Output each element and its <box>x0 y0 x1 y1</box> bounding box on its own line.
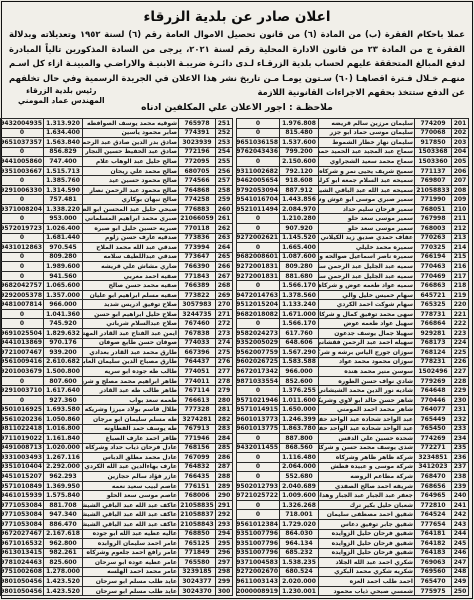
cell-amount: 982.261 <box>44 548 83 558</box>
cell-name: شفيق فرحان خليل الزوايده <box>319 539 415 549</box>
cell-serial: 216 <box>452 262 469 272</box>
cell-name: صالح محمود حسين عيد <box>83 176 179 186</box>
cell-nid: 9611003143 <box>237 577 280 587</box>
cell-reg: 768156 <box>179 443 216 453</box>
cell-reg: 767998 <box>415 214 452 224</box>
table-row: 289776151عاصم لبيب سعيد نعمه1.369.950957… <box>1 481 233 491</box>
cell-amount: 757.481 <box>44 195 83 205</box>
cell-amount: 1.161.840 <box>44 434 83 444</box>
cell-reg: 772196 <box>179 147 216 157</box>
table-row: 218766863سميه عواد طعمه عوض و شركاها1.56… <box>237 281 469 291</box>
cell-name: عامر رافع احمد جلغوم وشركاه <box>83 548 179 558</box>
cell-amount: 856.829 <box>44 147 83 157</box>
cell-serial: 266 <box>216 262 233 272</box>
cell-nid: 9672017342 <box>237 367 280 377</box>
cell-serial: 282 <box>216 414 233 424</box>
cell-amount: 881.708 <box>44 500 83 510</box>
table-row: 243777654شفيق جابر توفيق دعاس1.729.02095… <box>237 519 469 529</box>
cell-nid: 9561012384 <box>237 519 280 529</box>
cell-name: صالح محمد علي ريحان <box>83 166 179 176</box>
cell-nid: 9292005378 <box>1 290 44 300</box>
cell-serial: 219 <box>452 290 469 300</box>
cell-serial: 221 <box>452 309 469 319</box>
cell-amount: 1.863.780 <box>280 424 319 434</box>
table-row: 265773647صدقي عبداللطيف سلامه809.2800 <box>1 252 233 262</box>
table-row: 250775975شمسي صبحي ذياب محمود1.230.00120… <box>237 586 469 596</box>
cell-name: شركة مطاعم الروضه <box>319 472 415 482</box>
cell-name: صدقيه عارف حسن زلوم <box>83 233 179 243</box>
cell-nid: 9201003679 <box>1 367 44 377</box>
cell-reg: 765125 <box>179 539 216 549</box>
signature-title: رئيس بلدية الزرقاء <box>18 86 105 96</box>
table-row: 229764648شاديه نور الدين محمد الشيشاني و… <box>237 386 469 396</box>
taxpayer-tables: 201774209سليمان مرزين سالم قريضه1.976.80… <box>5 118 469 595</box>
cell-serial: 220 <box>452 300 469 310</box>
cell-serial: 278 <box>216 376 233 386</box>
cell-nid: 9272002621 <box>237 233 280 243</box>
cell-name: سميحه عبد الله عبد الباقي الشيشاني <box>319 185 415 195</box>
cell-name: عاكف عبد الله عبد الباقي الشيشاني <box>83 510 179 520</box>
cell-amount: 807.600 <box>44 376 83 386</box>
cell-nid: 9613013415 <box>1 548 44 558</box>
cell-serial: 245 <box>452 539 469 549</box>
cell-amount: 552.680 <box>280 472 319 482</box>
cell-serial: 224 <box>452 338 469 348</box>
cell-name: شكري احمد عبد الله الجلاد <box>319 558 415 568</box>
cell-nid: 9651036158 <box>237 138 280 148</box>
cell-amount: 1.065.600 <box>44 281 83 291</box>
table-row: 266766390ضاري مشاش علي قريشه1.989.6000 <box>1 262 233 272</box>
table-row: 246764183شفيق فرحان خليل الزوايده685.232… <box>237 548 469 558</box>
cell-serial: 257 <box>216 176 233 186</box>
cell-reg: 680705 <box>179 166 216 176</box>
cell-nid: 9561020236 <box>1 414 44 424</box>
cell-serial: 218 <box>452 281 469 291</box>
cell-reg: 21058833 <box>415 185 452 195</box>
cell-serial: 244 <box>452 529 469 539</box>
cell-nid: 9272002670 <box>237 567 280 577</box>
table-row: 2983239185عامر محمد احمد الهلسه1.278.000… <box>1 567 233 577</box>
table-row: 2703057983صلاح توفيق ادريس شديد966.00094… <box>1 300 233 310</box>
cell-amount: 747.400 <box>44 157 83 167</box>
table-row: 29221058837عاكف عبد الله عبد الباقي الشي… <box>1 510 233 520</box>
table-row: 233765450عبد الواحد شحاده عبد الواحد حفن… <box>237 424 469 434</box>
cell-amount: 1.313.920 <box>44 119 83 129</box>
cell-nid: 0 <box>237 510 280 520</box>
cell-name: سهى محمد توفيق كمال و شركاها <box>319 309 415 319</box>
cell-reg: 764181 <box>415 529 452 539</box>
cell-amount: 2.167.618 <box>44 529 83 539</box>
cell-serial: 252 <box>216 128 233 138</box>
cell-serial: 290 <box>216 491 233 501</box>
cell-nid: 9771053084 <box>1 519 44 529</box>
table-row: 277774051طالب طه جوده ابو سريه1.500.8009… <box>1 367 233 377</box>
cell-reg: 774051 <box>179 367 216 377</box>
table-row: 264773994صدقي عبد الله محمد الملاح970.54… <box>1 243 233 253</box>
cell-name: صفيه محمد حسن صالح <box>83 281 179 291</box>
cell-serial: 241 <box>452 500 469 510</box>
cell-amount: 1.681.440 <box>44 233 83 243</box>
cell-reg: 776151 <box>179 481 216 491</box>
cell-amount: 1.575.840 <box>44 491 83 501</box>
cell-amount: 792.120 <box>280 166 319 176</box>
cell-name: شحده حسين علي الدقس <box>319 434 415 444</box>
cell-amount: 852.600 <box>280 376 319 386</box>
cell-amount: 1.009.600 <box>280 491 319 501</box>
cell-nid: 9541016704 <box>237 195 280 205</box>
cell-serial: 242 <box>452 510 469 520</box>
cell-name: سميح شريف يحيى نمر و شركاه <box>319 166 415 176</box>
cell-reg: 774391 <box>179 128 216 138</box>
cell-amount: 947.340 <box>44 510 83 520</box>
cell-name: سهيل عواد طعمه عوض <box>319 319 415 329</box>
cell-name: طاهر ابراهيم محمد مصلح و شريكه <box>83 376 179 386</box>
cell-reg: 774566 <box>179 176 216 186</box>
table-row: 201774209سليمان مرزين سالم قريضه1.976.80… <box>237 119 469 129</box>
cell-amount: 718.001 <box>280 510 319 520</box>
cell-reg: 3239185 <box>179 567 216 577</box>
cell-reg: 764077 <box>415 405 452 415</box>
table-row: 2051503360سماح محمد سعيد الشجراوي2.150.6… <box>237 157 469 167</box>
cell-nid: 0 <box>1 395 44 405</box>
cell-serial: 258 <box>216 185 233 195</box>
cell-nid: 0 <box>237 119 280 129</box>
table-row: 257774566صالح محمود حسين عيد1.385.7600 <box>1 176 233 186</box>
cell-reg: 769560 <box>415 567 452 577</box>
cell-nid: 9272001831 <box>237 271 280 281</box>
cell-name: شعبان خليل بكير ترك <box>319 500 415 510</box>
cell-reg: 768051 <box>415 204 452 214</box>
cell-serial: 264 <box>216 243 233 253</box>
cell-name: سميره ناصر اسماعيل صوالحه و شركاها <box>319 252 415 262</box>
cell-nid: 0 <box>1 195 44 205</box>
cell-name: شاهر حسن خالد ابو لاوي وشريكته <box>319 395 415 405</box>
table-row: 2823274281طه مسلم سليمان ابو مرجان1.050.… <box>1 414 233 424</box>
cell-nid: 0 <box>1 147 44 157</box>
cell-nid: 9871033554 <box>237 376 280 386</box>
cell-reg: 774033 <box>179 338 216 348</box>
table-row: 209771990سمير صبري موسى ابو غوش وشريكه1.… <box>237 195 469 205</box>
cell-name: عاكف عبد الله عبد الباقي الشيشاني <box>83 519 179 529</box>
cell-serial: 246 <box>452 548 469 558</box>
cell-amount: 868.560 <box>280 443 319 453</box>
table-row: 206771137سميح شريف يحيى نمر و شركاه792.1… <box>237 166 469 176</box>
cell-name: عامر احمد سليمان الروابده <box>83 539 179 549</box>
table-row: 283767913طه يوسف حمد القطاونه1.016.80098… <box>1 424 233 434</box>
cell-nid: 9601013773 <box>237 414 280 424</box>
table-row: 247769063شكري احمد عبد الله الجلاد1.538.… <box>237 558 469 568</box>
cell-name: شوقيه محمد يوسف الصوافطه <box>83 119 179 129</box>
cell-serial: 262 <box>216 224 233 234</box>
table-row: 279767114طاهر طالب طه عبد القادر1.617.64… <box>1 386 233 396</box>
cell-serial: 263 <box>216 233 233 243</box>
cell-name: صفيه مسلم ابراهيم ابو عليان <box>83 290 179 300</box>
cell-nid: 9371008204 <box>1 204 44 214</box>
cell-nid: 0 <box>237 319 280 329</box>
cell-reg: 765449 <box>415 414 452 424</box>
table-row: 211767998سمير موسى سعد حلو1.210.2800 <box>237 214 469 224</box>
cell-reg: 765470 <box>415 577 452 587</box>
cell-amount: 1.314.590 <box>44 185 83 195</box>
table-row: 213770263عفاف حمدي صديق زيد الكيلاني وشر… <box>237 233 469 243</box>
cell-serial: 234 <box>452 434 469 444</box>
cell-name: سليمان نهار خطار الشموط <box>319 138 415 148</box>
cell-serial: 261 <box>216 214 233 224</box>
cell-amount: 745.920 <box>44 319 83 329</box>
cell-reg: 765325 <box>415 300 452 310</box>
cell-amount: 962.800 <box>44 539 83 549</box>
cell-name: عايد طلب مسلم ابو سرحان <box>83 586 179 596</box>
cell-serial: 269 <box>216 290 233 300</box>
cell-serial: 212 <box>452 224 469 234</box>
cell-nid: 9762043436 <box>237 147 280 157</box>
cell-nid: 9801050456 <box>1 577 44 587</box>
cell-amount: 918.608 <box>280 176 319 186</box>
cell-reg: 21058843 <box>179 519 216 529</box>
cell-reg: 773836 <box>179 233 216 243</box>
cell-name: صابر محمود ياسين <box>83 128 179 138</box>
cell-serial: 214 <box>452 243 469 253</box>
cell-nid: 9441005860 <box>1 157 44 167</box>
cell-name: شفيق فرحان خليل الزوايده <box>319 529 415 539</box>
cell-nid: 0 <box>1 376 44 386</box>
cell-reg: 779269 <box>415 376 452 386</box>
cell-amount: 1.443.856 <box>280 195 319 205</box>
cell-reg: 769063 <box>415 558 452 568</box>
cell-serial: 259 <box>216 195 233 205</box>
cell-name: صالح نبهان بوكاري <box>83 195 179 205</box>
cell-serial: 215 <box>452 252 469 262</box>
cell-name: سميره محمد خليلي <box>319 243 415 253</box>
cell-amount: 941.560 <box>44 271 83 281</box>
cell-serial: 254 <box>216 147 233 157</box>
cell-nid: 9502012793 <box>237 481 280 491</box>
cell-serial: 239 <box>452 481 469 491</box>
cell-reg: 1502496 <box>415 367 452 377</box>
table-row: 215766194سميره ناصر اسماعيل صوالحه و شرك… <box>237 252 469 262</box>
cell-amount: 1.145.520 <box>280 233 319 243</box>
cell-reg: 771137 <box>415 166 452 176</box>
cell-amount: 2.292.000 <box>44 462 83 472</box>
cell-amount: 1.016.800 <box>44 424 83 434</box>
table-row: 225768124سوزان جورج الياس برشه و شركاها1… <box>237 348 469 358</box>
taxpayer-table-left: 251765978شوقيه محمد يوسف الصوافطه1.313.9… <box>0 118 233 596</box>
table-row: 295765125عامر احمد سليمان الروابده962.80… <box>1 539 233 549</box>
cell-reg: 766194 <box>415 252 452 262</box>
cell-reg: 768124 <box>415 348 452 358</box>
cell-reg: 767913 <box>179 424 216 434</box>
cell-serial: 267 <box>216 271 233 281</box>
cell-nid: 9331003493 <box>1 453 44 463</box>
cell-name: عاليه عطيه عبد الله ابو جوده <box>83 529 179 539</box>
cell-serial: 210 <box>452 204 469 214</box>
cell-amount: 1.671.000 <box>280 309 319 319</box>
cell-name: شركة ظاهر ظاهر وشركاه <box>319 453 415 463</box>
cell-reg: 769807 <box>415 176 452 186</box>
cell-nid: 0 <box>237 281 280 291</box>
table-row: 29321058843عاكف عبد الله عبد الباقي الشي… <box>1 519 233 529</box>
cell-amount: 939.200 <box>44 348 83 358</box>
cell-name: طعمه سعد بواب <box>83 395 179 405</box>
cell-nid: 0 <box>1 309 44 319</box>
cell-name: عادل فرحان ذياب حداد وشركاه <box>83 443 179 453</box>
cell-serial: 222 <box>452 319 469 329</box>
cell-amount: 1.230.001 <box>280 586 319 596</box>
cell-nid: 9582024273 <box>237 329 280 339</box>
cell-reg: 929281 <box>415 329 452 339</box>
cell-amount: 1.989.600 <box>44 262 83 272</box>
cell-reg: 766613 <box>179 395 216 405</box>
cell-amount: 927.360 <box>44 395 83 405</box>
cell-name: شفيق احمد مصطفى سليمان <box>319 510 415 520</box>
cell-name: ايمن عبد الفتاح عبد القادر المهتدين <box>83 329 179 339</box>
cell-reg: 667396 <box>179 348 216 358</box>
cell-reg: 1503360 <box>415 157 452 167</box>
cell-serial: 250 <box>452 586 469 596</box>
cell-reg: 768173 <box>415 338 452 348</box>
cell-reg: 774269 <box>415 434 452 444</box>
cell-serial: 225 <box>452 348 469 358</box>
cell-serial: 205 <box>452 157 469 167</box>
table-row: 244764181شفيق فرحان خليل الزوايده864.030… <box>237 529 469 539</box>
cell-serial: 279 <box>216 386 233 396</box>
cell-serial: 285 <box>216 443 233 453</box>
cell-serial: 240 <box>452 491 469 501</box>
cell-name: طاهر طالب طه عبد القادر <box>83 386 179 396</box>
cell-serial: 227 <box>452 367 469 377</box>
table-row: 273767838ايمن عبد الفتاح عبد القادر المه… <box>1 329 233 339</box>
cell-amount: 953.000 <box>44 214 83 224</box>
cell-name: سليمان مرزين سالم قريضه <box>319 119 415 129</box>
cell-reg: 774011 <box>179 376 216 386</box>
cell-reg: 774209 <box>415 119 452 129</box>
cell-reg: 770325 <box>415 243 452 253</box>
table-row: 245764182شفيق فرحان خليل الزوايده964.134… <box>237 539 469 549</box>
cell-amount: 1.357.000 <box>44 290 83 300</box>
cell-amount: 1.634.400 <box>44 128 83 138</box>
table-row: 263773836صدقيه عارف حسن زلوم1.681.4400 <box>1 233 233 243</box>
cell-serial: 223 <box>452 329 469 339</box>
cell-nid: 0 <box>1 233 44 243</box>
cell-amount: 680.524 <box>280 567 319 577</box>
cell-name: سميه عواد طعمه عوض و شركاها <box>319 281 415 291</box>
table-row: 285768156عادل فرحان ذياب حداد وشركاه1.02… <box>1 443 233 453</box>
cell-name: شكريه شكري محمد البكري <box>319 567 415 577</box>
cell-amount: 1.133.240 <box>280 300 319 310</box>
cell-nid: 0 <box>1 252 44 262</box>
cell-amount: 2.084.970 <box>280 204 319 214</box>
table-row: 2533023939صادق بدر الدين صادق عبد الرحمن… <box>1 138 233 148</box>
cell-reg: 771843 <box>179 271 216 281</box>
cell-serial: 295 <box>216 539 233 549</box>
table-row: 2271502496سوسن منير محمد هنده966.0009672… <box>237 367 469 377</box>
cell-serial: 289 <box>216 481 233 491</box>
table-row: 2363234851شركة ظاهر ظاهر وشركاه1.116.480… <box>237 453 469 463</box>
cell-serial: 229 <box>452 386 469 396</box>
table-row: 207769807سميحه عبد السلام جمعه ابو كرلي9… <box>237 176 469 186</box>
cell-nid: 0 <box>1 319 44 329</box>
cell-amount: 1.246.399 <box>280 414 319 424</box>
cell-name: سمير فرحان سليم حداد <box>319 204 415 214</box>
cell-name: صلاح خليل ابراهيم ابو حسن <box>83 309 179 319</box>
cell-serial: 268 <box>216 281 233 291</box>
cell-name: شفيق جابر توفيق دعاس <box>319 519 415 529</box>
cell-serial: 251 <box>216 119 233 129</box>
cell-name: عازر فؤاد سالم حجازين <box>83 472 179 482</box>
cell-amount: 1.369.950 <box>44 481 83 491</box>
cell-nid: 9432004935 <box>1 119 44 129</box>
cell-serial: 265 <box>216 252 233 262</box>
cell-reg: 772095 <box>179 157 216 167</box>
table-row: 228779269شادي نواف حسن الطوره852.6009871… <box>237 376 469 386</box>
cell-serial: 226 <box>452 357 469 367</box>
cell-nid: 9682008601 <box>237 252 280 262</box>
table-row: 249765470احمد طلب احمد العزه2.020.000961… <box>237 577 469 587</box>
cell-name: شركة موسى و عبيده فطش <box>319 462 415 472</box>
cell-nid: 0 <box>1 128 44 138</box>
table-row: 294768850عاليه عطيه عبد الله ابو جوده2.1… <box>1 529 233 539</box>
cell-amount: 964.134 <box>280 539 319 549</box>
cell-nid: 9771053084 <box>1 500 44 510</box>
cell-serial: 292 <box>216 510 233 520</box>
cell-nid: 9441013869 <box>1 338 44 348</box>
cell-serial: 294 <box>216 529 233 539</box>
cell-serial: 287 <box>216 462 233 472</box>
cell-reg: 3412023 <box>415 462 452 472</box>
cell-name: سميحه عبد السلام جمعه ابو كرلي <box>319 176 415 186</box>
table-row: 274774033صوفان حسن طايع صوفان970.1769441… <box>1 338 233 348</box>
table-row: 286767099عادل محمد مطلق الدباس1.267.1169… <box>1 453 233 463</box>
cell-nid: 9351007796 <box>237 539 280 549</box>
cell-serial: 206 <box>452 166 469 176</box>
cell-nid: 0 <box>237 224 280 234</box>
cell-nid: 9371004583 <box>237 558 280 568</box>
cell-nid: 9651037357 <box>1 138 44 148</box>
table-row: 230770446شاهر حسن خالد ابو لاوي وشريكته1… <box>237 395 469 405</box>
cell-serial: 273 <box>216 329 233 339</box>
table-row: 256680705صالح محمد علي ريحان1.515.713935… <box>1 166 233 176</box>
cell-amount: 1.617.640 <box>44 386 83 396</box>
cell-reg: 773822 <box>179 290 216 300</box>
cell-nid: 9571010849 <box>1 481 44 491</box>
table-row: 214770325سميره محمد خليلي1.665.4000 <box>237 243 469 253</box>
cell-reg: 3234851 <box>415 453 452 463</box>
table-row: 219645721سهام خميس خليل والي1.378.560947… <box>237 290 469 300</box>
cell-serial: 213 <box>452 233 469 243</box>
table-row: 290768006عاصم موسى سعد الحلو1.575.840946… <box>1 491 233 501</box>
cell-nid: 0 <box>237 453 280 463</box>
cell-reg: 765580 <box>179 558 216 568</box>
cell-nid: 9431012863 <box>1 243 44 253</box>
cell-reg: 773994 <box>179 243 216 253</box>
cell-nid: 9272001831 <box>237 262 280 272</box>
cell-amount: 1.566.170 <box>280 281 319 291</box>
table-row: 269773822صفيه مسلم ابراهيم ابو عليان1.35… <box>1 290 233 300</box>
table-row: 252774391صابر محمود ياسين1.634.4000 <box>1 128 233 138</box>
cell-reg: 776883 <box>179 204 216 214</box>
table-row: 248769560شكريه شكري محمد البكري680.52492… <box>237 567 469 577</box>
cell-name: عاصم لبيب سعيد نعمه <box>83 481 179 491</box>
cell-serial: 201 <box>452 119 469 129</box>
cell-name: سمير صبري موسى ابو غوش وشريكه <box>319 195 415 205</box>
cell-name: صبري محمد ابراهيم المسلماني <box>83 214 179 224</box>
cell-nid: 9291003710 <box>1 386 44 396</box>
cell-reg: 764437 <box>179 357 216 367</box>
cell-amount: 1.515.713 <box>44 166 83 176</box>
cell-amount: 962.293 <box>44 472 83 482</box>
cell-reg: 774258 <box>179 195 216 205</box>
cell-name: جعفر عبد الجبار عبد الجبار وهدان <box>319 491 415 501</box>
